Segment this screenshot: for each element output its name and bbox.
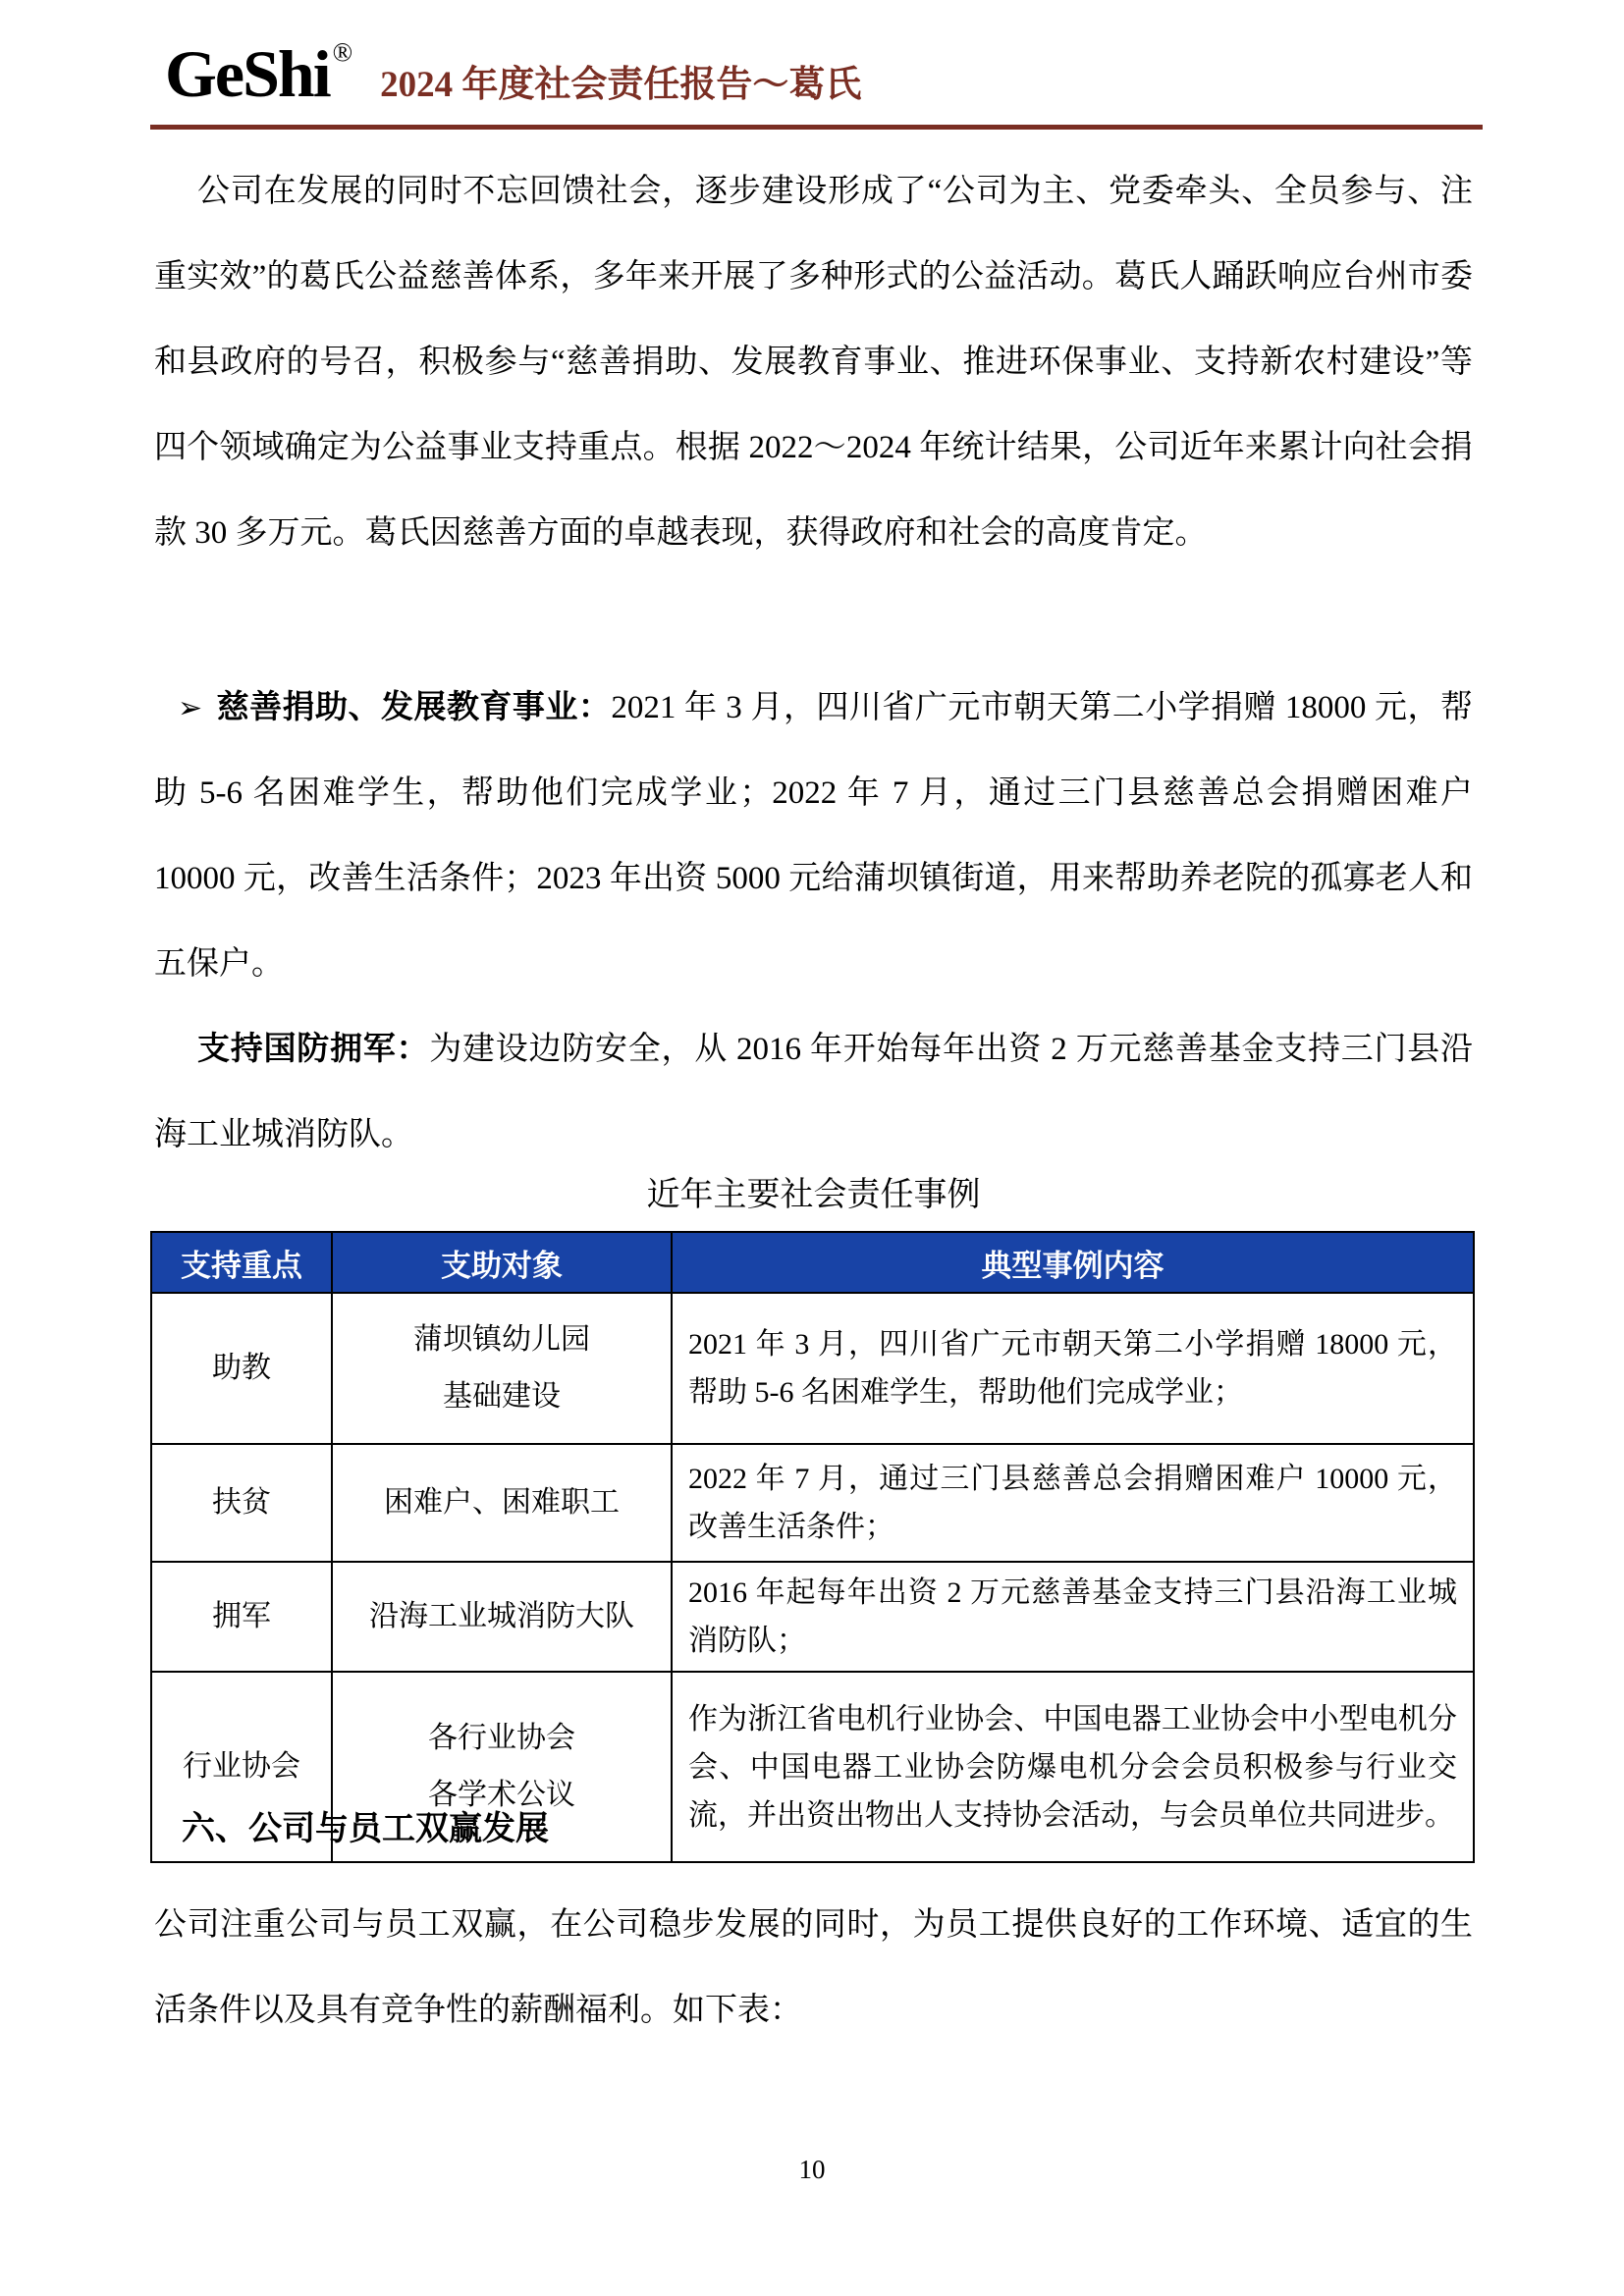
cell-target: 沿海工业城消防大队 <box>332 1562 672 1672</box>
table-row: 助教 蒲坝镇幼儿园 基础建设 2021 年 3 月，四川省广元市朝天第二小学捐赠… <box>151 1293 1474 1444</box>
section-title-six: 六、公司与员工双赢发展 <box>154 1800 1473 1859</box>
paragraph-lead-national-defense: 支持国防拥军： <box>197 1032 429 1067</box>
cell-focus: 助教 <box>151 1293 332 1444</box>
page-header: GeShi®2024 年度社会责任报告～葛氏 <box>165 35 861 113</box>
cell-case: 2022 年 7 月，通过三门县慈善总会捐赠困难户 10000 元，改善生活条件… <box>672 1444 1474 1562</box>
paragraph-lead-donation-education: 慈善捐助、发展教育事业： <box>216 690 611 725</box>
paragraph-donation-education: ➢慈善捐助、发展教育事业：2021 年 3 月，四川省广元市朝天第二小学捐赠 1… <box>154 666 1473 1007</box>
cell-focus: 拥军 <box>151 1562 332 1672</box>
table-caption: 近年主要社会责任事例 <box>154 1164 1473 1227</box>
column-header-support-focus: 支持重点 <box>151 1232 332 1293</box>
paragraph-national-defense: 支持国防拥军：为建设边防安全，从 2016 年开始每年出资 2 万元慈善基金支持… <box>154 1007 1473 1178</box>
cell-target: 蒲坝镇幼儿园 基础建设 <box>332 1293 672 1444</box>
page-number: 10 <box>0 2150 1624 2189</box>
cell-case: 2021 年 3 月，四川省广元市朝天第二小学捐赠 18000 元，帮助 5-6… <box>672 1293 1474 1444</box>
table-row: 扶贫 困难户、困难职工 2022 年 7 月，通过三门县慈善总会捐赠困难户 10… <box>151 1444 1474 1562</box>
registered-trademark-icon: ® <box>333 37 353 67</box>
paragraph-text-donation-education: 2021 年 3 月，四川省广元市朝天第二小学捐赠 18000 元，帮助 5-6… <box>154 690 1473 982</box>
arrow-bullet-icon: ➢ <box>178 692 202 724</box>
column-header-case-content: 典型事例内容 <box>672 1232 1474 1293</box>
table: 支持重点 支助对象 典型事例内容 助教 蒲坝镇幼儿园 基础建设 2021 年 3… <box>150 1231 1475 1863</box>
cell-focus: 扶贫 <box>151 1444 332 1562</box>
header-divider <box>150 125 1483 130</box>
paragraph-employee-winwin: 公司注重公司与员工双赢，在公司稳步发展的同时，为员工提供良好的工作环境、适宜的生… <box>154 1883 1473 2054</box>
responsibility-cases-table: 支持重点 支助对象 典型事例内容 助教 蒲坝镇幼儿园 基础建设 2021 年 3… <box>150 1231 1473 1863</box>
cell-case: 2016 年起每年出资 2 万元慈善基金支持三门县沿海工业城消防队； <box>672 1562 1474 1672</box>
column-header-support-target: 支助对象 <box>332 1232 672 1293</box>
report-header-title: 2024 年度社会责任报告～葛氏 <box>380 65 861 105</box>
table-header-row: 支持重点 支助对象 典型事例内容 <box>151 1232 1474 1293</box>
table-row: 拥军 沿海工业城消防大队 2016 年起每年出资 2 万元慈善基金支持三门县沿海… <box>151 1562 1474 1672</box>
document-page: GeShi®2024 年度社会责任报告～葛氏 公司在发展的同时不忘回馈社会，逐步… <box>0 0 1624 2296</box>
company-logo: GeShi <box>165 36 330 111</box>
paragraph-charity-overview: 公司在发展的同时不忘回馈社会，逐步建设形成了“公司为主、党委牵头、全员参与、注重… <box>154 149 1473 576</box>
cell-target: 困难户、困难职工 <box>332 1444 672 1562</box>
